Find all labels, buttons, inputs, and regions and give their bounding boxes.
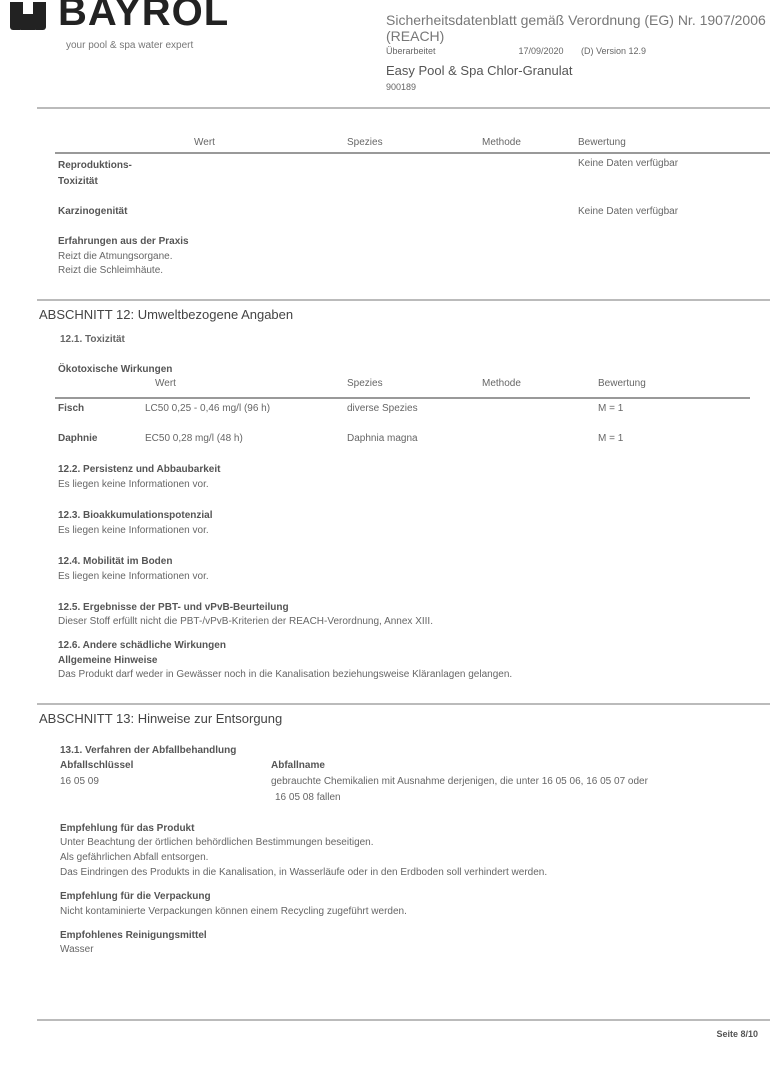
- eco-row-wert: LC50 0,25 - 0,46 mg/l (96 h): [145, 403, 270, 414]
- product-number: 900189: [386, 82, 416, 92]
- brand-logo: BAYROL: [10, 0, 229, 35]
- section12-6-text: Das Produkt darf weder in Gewässer noch …: [58, 669, 512, 680]
- product-recommendation-line: Unter Beachtung der örtlichen behördlich…: [60, 837, 374, 848]
- eco-table-header-line: [55, 397, 750, 399]
- eco-row-bewertung: M = 1: [598, 403, 623, 414]
- product-recommendation-heading: Empfehlung für das Produkt: [60, 823, 194, 834]
- header-divider: [37, 107, 770, 109]
- packaging-recommendation-text: Nicht kontaminierte Verpackungen können …: [60, 906, 407, 917]
- section13-1-heading: 13.1. Verfahren der Abfallbehandlung: [60, 745, 236, 756]
- section12-2-text: Es liegen keine Informationen vor.: [58, 479, 209, 490]
- eco-row-label: Daphnie: [58, 433, 97, 444]
- revised-label: Überarbeitet: [386, 46, 516, 56]
- waste-name-header: Abfallname: [271, 760, 325, 771]
- tox-col-methode: Methode: [482, 137, 521, 148]
- revision-info: Überarbeitet 17/09/2020 (D) Version 12.9: [386, 46, 766, 56]
- product-recommendation-line: Das Eindringen des Produkts in die Kanal…: [60, 867, 547, 878]
- section12-title: ABSCHNITT 12: Umweltbezogene Angaben: [39, 307, 293, 322]
- version: (D) Version 12.9: [581, 46, 646, 56]
- footer-divider: [37, 1019, 770, 1021]
- eco-col-wert: Wert: [155, 378, 176, 389]
- tox-row-bewertung: Keine Daten verfügbar: [578, 158, 678, 169]
- praxis-line: Reizt die Schleimhäute.: [58, 265, 163, 276]
- section12-5-heading: 12.5. Ergebnisse der PBT- und vPvB-Beurt…: [58, 602, 289, 613]
- section13-title: ABSCHNITT 13: Hinweise zur Entsorgung: [39, 711, 282, 726]
- tox-col-bewertung: Bewertung: [578, 137, 626, 148]
- revised-date: 17/09/2020: [519, 46, 579, 56]
- section12-3-text: Es liegen keine Informationen vor.: [58, 525, 209, 536]
- waste-key-header: Abfallschlüssel: [60, 760, 133, 771]
- brand-tagline: your pool & spa water expert: [66, 40, 193, 51]
- section12-2-heading: 12.2. Persistenz und Abbaubarkeit: [58, 464, 220, 475]
- tox-col-wert: Wert: [194, 137, 215, 148]
- page-number: Seite 8/10: [716, 1029, 758, 1039]
- section12-1-heading: 12.1. Toxizität: [60, 334, 125, 345]
- section12-5-text: Dieser Stoff erfüllt nicht die PBT-/vPvB…: [58, 616, 433, 627]
- eco-row-wert: EC50 0,28 mg/l (48 h): [145, 433, 243, 444]
- section13-divider: [37, 703, 770, 705]
- waste-name-line: gebrauchte Chemikalien mit Ausnahme derj…: [271, 776, 648, 787]
- eco-col-methode: Methode: [482, 378, 521, 389]
- brand-name: BAYROL: [58, 0, 229, 35]
- document-title: Sicherheitsdatenblatt gemäß Verordnung (…: [386, 12, 766, 44]
- section12-3-heading: 12.3. Bioakkumulationspotenzial: [58, 510, 212, 521]
- eco-row-label: Fisch: [58, 403, 84, 414]
- eco-row-spezies: Daphnia magna: [347, 433, 418, 444]
- general-notes-heading: Allgemeine Hinweise: [58, 655, 157, 666]
- praxis-line: Reizt die Atmungsorgane.: [58, 251, 173, 262]
- tox-table-header-line: [55, 152, 770, 154]
- packaging-recommendation-heading: Empfehlung für die Verpackung: [60, 891, 211, 902]
- section12-4-text: Es liegen keine Informationen vor.: [58, 571, 209, 582]
- praxis-heading: Erfahrungen aus der Praxis: [58, 236, 189, 247]
- product-name: Easy Pool & Spa Chlor-Granulat: [386, 63, 572, 78]
- product-recommendation-line: Als gefährlichen Abfall entsorgen.: [60, 852, 208, 863]
- eco-heading: Ökotoxische Wirkungen: [58, 364, 172, 375]
- eco-row-bewertung: M = 1: [598, 433, 623, 444]
- tox-row-bewertung: Keine Daten verfügbar: [578, 206, 678, 217]
- section12-6-heading: 12.6. Andere schädliche Wirkungen: [58, 640, 226, 651]
- eco-col-spezies: Spezies: [347, 378, 383, 389]
- cleaning-agent-text: Wasser: [60, 944, 94, 955]
- section12-divider: [37, 299, 770, 301]
- waste-name-line: 16 05 08 fallen: [275, 792, 341, 803]
- tox-col-spezies: Spezies: [347, 137, 383, 148]
- section12-4-heading: 12.4. Mobilität im Boden: [58, 556, 172, 567]
- waste-key-value: 16 05 09: [60, 776, 99, 787]
- tox-row-label: Karzinogenität: [58, 206, 127, 217]
- eco-col-bewertung: Bewertung: [598, 378, 646, 389]
- cleaning-agent-heading: Empfohlenes Reinigungsmittel: [60, 930, 207, 941]
- eco-row-spezies: diverse Spezies: [347, 403, 418, 414]
- bayrol-logo-icon: [10, 2, 46, 30]
- tox-row-label: Reproduktions- Toxizität: [58, 158, 132, 190]
